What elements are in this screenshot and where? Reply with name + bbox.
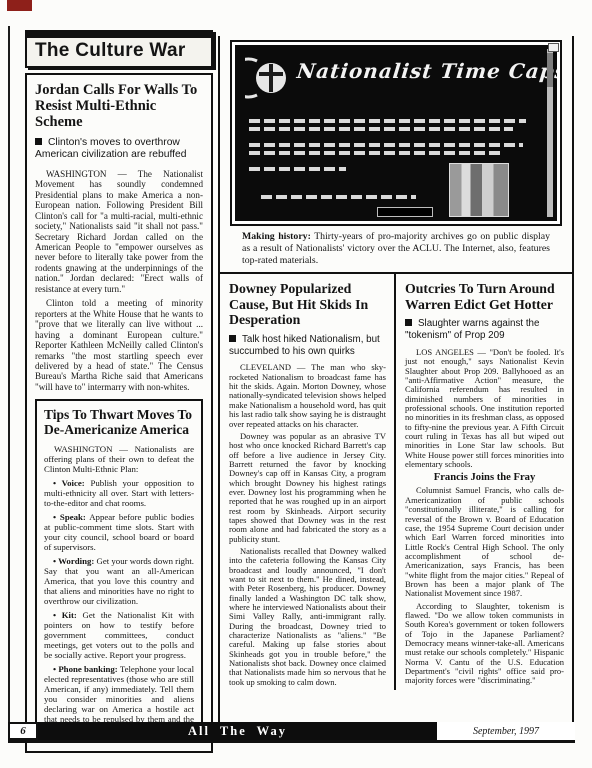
caption-label: Making history:	[242, 231, 311, 242]
photo-block: Nationalist Time Capsule Making history:…	[230, 40, 562, 266]
page-number-text: 6	[20, 725, 26, 737]
outcries-headline: Outcries To Turn Around Warren Edict Get…	[405, 281, 564, 312]
tips-item-label: Wording:	[53, 556, 94, 566]
page-number: 6	[8, 722, 38, 740]
outcries-article: Outcries To Turn Around Warren Edict Get…	[396, 274, 572, 690]
left-column: The Culture War Jordan Calls For Walls T…	[25, 30, 213, 753]
blurred-text-line	[249, 127, 513, 131]
tips-item-label: Speak:	[53, 512, 86, 522]
tips-item: Speak: Appear before public bodies at pu…	[44, 512, 194, 552]
footer-bar: 6 All The Way September, 1997	[8, 722, 575, 743]
downey-headline: Downey Popularized Cause, But Hit Skids …	[229, 281, 386, 327]
paragraph: Downey was popular as an abrasive TV hos…	[229, 432, 386, 544]
tips-item-label: Voice:	[53, 478, 85, 488]
paragraph: LOS ANGELES — "Don't be fooled. It's jus…	[405, 348, 564, 469]
blurred-text-line	[249, 119, 526, 123]
tips-intro: WASHINGTON — Nationalists are offering p…	[44, 444, 194, 474]
tips-item: Kit: Get the Nationalist Kit with pointe…	[44, 610, 194, 660]
square-bullet-icon	[229, 335, 236, 342]
jordan-subhead: Clinton's moves to overthrow American ci…	[35, 137, 203, 162]
archive-photo-thumbnail	[449, 163, 509, 217]
paragraph: CLEVELAND — The man who sky-rocketed Nat…	[229, 363, 386, 428]
website-screen: Nationalist Time Capsule	[235, 45, 557, 221]
blurred-text-line	[249, 151, 500, 155]
downey-subhead: Talk host hiked Nationalism, but succumb…	[229, 334, 386, 358]
newsletter-title: All The Way	[38, 722, 437, 740]
downey-subhead-text: Talk host hiked Nationalism, but succumb…	[229, 334, 380, 357]
jordan-subhead-text: Clinton's moves to overthrow American ci…	[35, 137, 186, 161]
tips-item: Wording: Get your words down right. Say …	[44, 556, 194, 606]
paragraph: Columnist Samuel Francis, who calls de-A…	[405, 486, 564, 598]
scrollbar-thumb	[547, 53, 553, 87]
photo-caption: Making history: Thirty-years of pro-majo…	[242, 231, 550, 266]
newsletter-page: The Culture War Jordan Calls For Walls T…	[0, 0, 592, 768]
jordan-article: Jordan Calls For Walls To Resist Multi-E…	[25, 73, 213, 753]
tips-item-label: Kit:	[53, 610, 77, 620]
jordan-headline: Jordan Calls For Walls To Resist Multi-E…	[35, 82, 203, 131]
section-header: The Culture War	[25, 30, 213, 68]
globe-cross-logo-icon	[245, 55, 291, 101]
outcries-subhead: Slaughter warns against the "tokenism" o…	[405, 318, 564, 342]
issue-date-text: September, 1997	[473, 726, 539, 737]
scrollbar	[547, 49, 553, 217]
scan-edge-line	[8, 26, 10, 742]
crosshead: Francis Joins the Fray	[405, 472, 564, 483]
blurred-text-line	[261, 195, 416, 199]
paragraph: Clinton told a meeting of minority repor…	[35, 298, 203, 392]
screen-input-box	[377, 207, 433, 217]
tips-item: Voice: Publish your opposition to multi-…	[44, 478, 194, 508]
paragraph: WASHINGTON — The Nationalist Movement ha…	[35, 169, 203, 294]
article-columns: Downey Popularized Cause, But Hit Skids …	[220, 274, 572, 690]
red-registration-mark	[7, 0, 32, 11]
window-control-icon	[548, 43, 559, 52]
tips-box: Tips To Thwart Moves To De-Americanize A…	[35, 399, 203, 743]
tips-headline: Tips To Thwart Moves To De-Americanize A…	[44, 407, 194, 437]
tips-item-label: Phone banking:	[53, 664, 118, 674]
square-bullet-icon	[405, 319, 412, 326]
square-bullet-icon	[35, 138, 42, 145]
paragraph: Nationalists recalled that Downey walked…	[229, 547, 386, 687]
blurred-text-line	[249, 167, 346, 171]
screenshot-title: Nationalist Time Capsule	[296, 59, 557, 83]
section-title: The Culture War	[35, 40, 186, 61]
right-section: Nationalist Time Capsule Making history:…	[218, 36, 574, 722]
time-capsule-screenshot: Nationalist Time Capsule	[230, 40, 562, 226]
blurred-text-line	[249, 143, 523, 147]
paragraph: According to Slaughter, tokenism is flaw…	[405, 602, 564, 686]
issue-date: September, 1997	[437, 722, 575, 740]
outcries-subhead-text: Slaughter warns against the "tokenism" o…	[405, 318, 539, 341]
downey-article: Downey Popularized Cause, But Hit Skids …	[220, 274, 396, 690]
